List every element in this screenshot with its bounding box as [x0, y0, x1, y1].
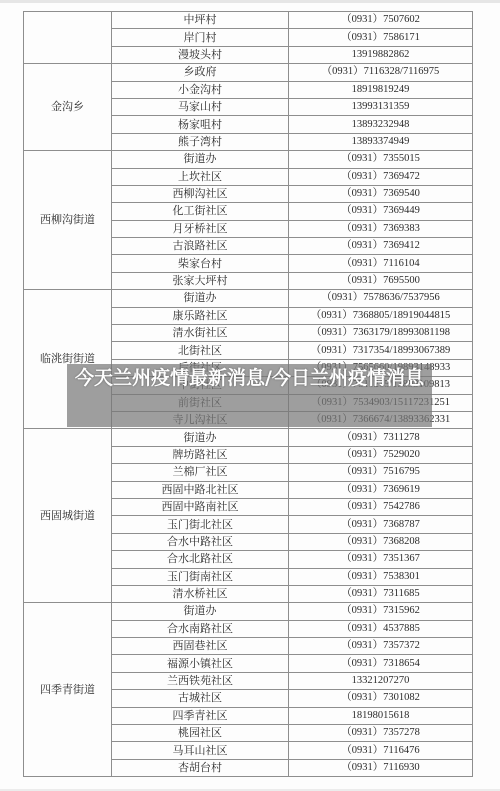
unit-name-cell: 合水中路社区: [112, 533, 289, 550]
unit-name-cell: 西固巷社区: [112, 638, 289, 655]
phone-cell: 13893374949: [289, 133, 473, 150]
table-row: 四季青街道街道办（0931）7315962: [24, 603, 473, 620]
phone-cell: （0931）7311278: [289, 429, 473, 446]
unit-name-cell: 玉门街南社区: [112, 568, 289, 585]
phone-cell: 13993131359: [289, 98, 473, 115]
phone-cell: 18198015618: [289, 707, 473, 724]
unit-name-cell: 张家大坪村: [112, 272, 289, 289]
phone-cell: （0931）7357372: [289, 638, 473, 655]
phone-cell: 13919882862: [289, 46, 473, 63]
phone-cell: （0931）7369472: [289, 168, 473, 185]
phone-cell: （0931）7368208: [289, 533, 473, 550]
phone-cell: （0931）7578636/7537956: [289, 290, 473, 307]
phone-cell: （0931）7542786: [289, 498, 473, 515]
phone-cell: （0931）7507602: [289, 12, 473, 29]
phone-cell: （0931）7369383: [289, 220, 473, 237]
phone-cell: （0931）7301082: [289, 690, 473, 707]
phone-cell: （0931）7695500: [289, 272, 473, 289]
unit-name-cell: 街道办: [112, 429, 289, 446]
phone-cell: 13893232948: [289, 116, 473, 133]
unit-name-cell: 岸门村: [112, 29, 289, 46]
unit-name-cell: 街道办: [112, 151, 289, 168]
district-cell: 西固城街道: [24, 429, 112, 603]
district-cell: 四季青街道: [24, 603, 112, 777]
phone-cell: 13321207270: [289, 672, 473, 689]
phone-cell: （0931）7529020: [289, 446, 473, 463]
phone-cell: （0931）7311685: [289, 585, 473, 602]
phone-cell: （0931）7116476: [289, 742, 473, 759]
table-row: 临洮街街道街道办（0931）7578636/7537956: [24, 290, 473, 307]
unit-name-cell: 杏胡台村: [112, 759, 289, 776]
unit-name-cell: 柴家台村: [112, 255, 289, 272]
phone-cell: 18919819249: [289, 81, 473, 98]
phone-cell: （0931）7357278: [289, 725, 473, 742]
unit-name-cell: 街道办: [112, 603, 289, 620]
phone-cell: （0931）7317354/18993067389: [289, 342, 473, 359]
unit-name-cell: 兰棉厂社区: [112, 464, 289, 481]
phone-cell: （0931）7116328/7116975: [289, 64, 473, 81]
district-cell: 西柳沟街道: [24, 151, 112, 290]
unit-name-cell: 街道办: [112, 290, 289, 307]
table-row: 西柳沟街道街道办（0931）7355015: [24, 151, 473, 168]
phone-cell: （0931）4537885: [289, 620, 473, 637]
phone-cell: （0931）7368787: [289, 516, 473, 533]
phone-cell: （0931）7318654: [289, 655, 473, 672]
unit-name-cell: 四季青社区: [112, 707, 289, 724]
phone-cell: （0931）7368805/18919044815: [289, 307, 473, 324]
unit-name-cell: 桃园社区: [112, 725, 289, 742]
unit-name-cell: 马耳山社区: [112, 742, 289, 759]
overlay-title: 今天兰州疫情最新消息/今日兰州疫情消息: [67, 366, 432, 390]
unit-name-cell: 康乐路社区: [112, 307, 289, 324]
unit-name-cell: 清水桥社区: [112, 585, 289, 602]
phone-cell: （0931）7538301: [289, 568, 473, 585]
phone-cell: （0931）7516795: [289, 464, 473, 481]
unit-name-cell: 化工街社区: [112, 203, 289, 220]
phone-cell: （0931）7369412: [289, 238, 473, 255]
unit-name-cell: 月牙桥社区: [112, 220, 289, 237]
unit-name-cell: 小金沟村: [112, 81, 289, 98]
table-row: 西固城街道街道办（0931）7311278: [24, 429, 473, 446]
unit-name-cell: 清水街社区: [112, 325, 289, 342]
phone-cell: （0931）7369540: [289, 185, 473, 202]
phone-cell: （0931）7355015: [289, 151, 473, 168]
phone-cell: （0931）7351367: [289, 551, 473, 568]
phone-cell: （0931）7586171: [289, 29, 473, 46]
phone-cell: （0931）7116104: [289, 255, 473, 272]
unit-name-cell: 杨家咀村: [112, 116, 289, 133]
unit-name-cell: 马家山村: [112, 98, 289, 115]
unit-name-cell: 上坎社区: [112, 168, 289, 185]
unit-name-cell: 中坪村: [112, 12, 289, 29]
phone-cell: （0931）7116930: [289, 759, 473, 776]
unit-name-cell: 牌坊路社区: [112, 446, 289, 463]
unit-name-cell: 合水北路社区: [112, 551, 289, 568]
unit-name-cell: 西柳沟社区: [112, 185, 289, 202]
phone-cell: （0931）7369619: [289, 481, 473, 498]
table-row: 金沟乡乡政府（0931）7116328/7116975: [24, 64, 473, 81]
district-cell: 金沟乡: [24, 64, 112, 151]
unit-name-cell: 玉门街北社区: [112, 516, 289, 533]
phone-cell: （0931）7363179/18993081198: [289, 325, 473, 342]
unit-name-cell: 西固中路北社区: [112, 481, 289, 498]
unit-name-cell: 乡政府: [112, 64, 289, 81]
unit-name-cell: 漫坡头村: [112, 46, 289, 63]
phone-cell: （0931）7315962: [289, 603, 473, 620]
unit-name-cell: 古浪路社区: [112, 238, 289, 255]
phone-cell: （0931）7369449: [289, 203, 473, 220]
district-cell: [24, 12, 112, 64]
unit-name-cell: 熊子湾村: [112, 133, 289, 150]
table-row: 中坪村（0931）7507602: [24, 12, 473, 29]
unit-name-cell: 合水南路社区: [112, 620, 289, 637]
unit-name-cell: 古城社区: [112, 690, 289, 707]
unit-name-cell: 北街社区: [112, 342, 289, 359]
unit-name-cell: 兰西铁苑社区: [112, 672, 289, 689]
unit-name-cell: 福源小镇社区: [112, 655, 289, 672]
unit-name-cell: 西固中路南社区: [112, 498, 289, 515]
